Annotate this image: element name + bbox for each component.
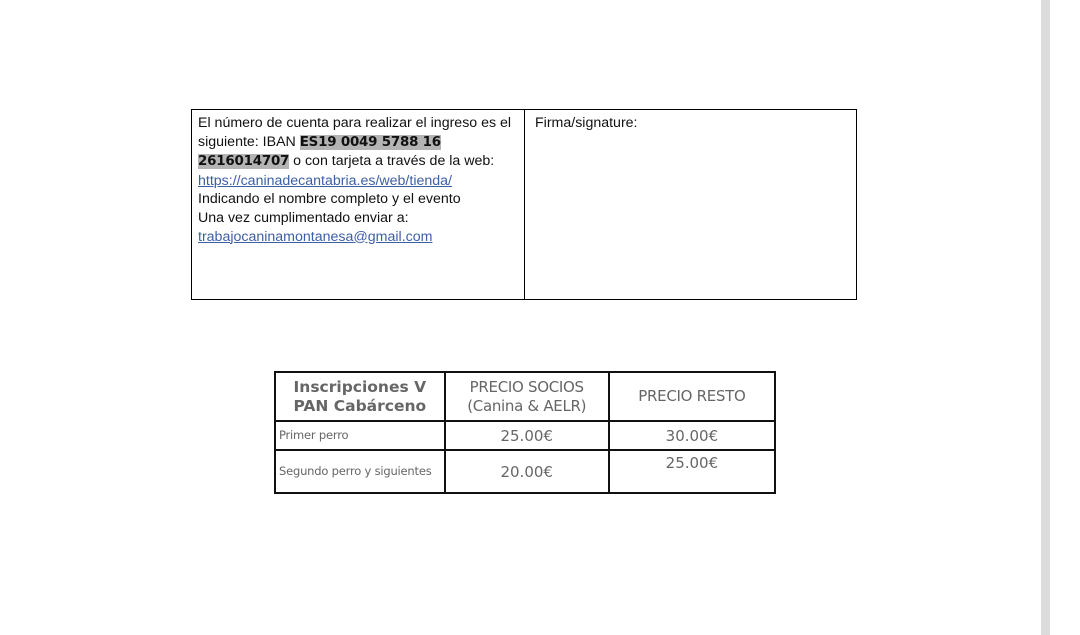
instructions-text-card: o con tarjeta a través de la web: xyxy=(289,153,494,169)
price-table: Inscripciones V PAN Cabárceno PRECIO SOC… xyxy=(274,371,776,494)
header-precio-socios: PRECIO SOCIOS (Canina & AELR) xyxy=(445,372,609,421)
scrollbar[interactable] xyxy=(1041,0,1050,635)
price-resto: 25.00€ xyxy=(609,450,775,493)
signature-cell: Firma/signature: xyxy=(525,110,856,299)
row-label: Primer perro xyxy=(275,421,445,450)
instructions-name-event: Indicando el nombre completo y el evento xyxy=(198,191,461,207)
signature-label: Firma/signature: xyxy=(535,115,638,131)
shop-link[interactable]: https://caninadecantabria.es/web/tienda/ xyxy=(198,173,452,189)
instructions-send-to: Una vez cumplimentado enviar a: xyxy=(198,210,409,226)
price-table-header: Inscripciones V PAN Cabárceno PRECIO SOC… xyxy=(275,372,775,421)
price-socios: 20.00€ xyxy=(445,450,609,493)
table-row: Segundo perro y siguientes 20.00€ 25.00€ xyxy=(275,450,775,493)
header-inscripciones: Inscripciones V PAN Cabárceno xyxy=(275,372,445,421)
price-socios: 25.00€ xyxy=(445,421,609,450)
email-link[interactable]: trabajocaninamontanesa@gmail.com xyxy=(198,229,432,245)
table-row: Primer perro 25.00€ 30.00€ xyxy=(275,421,775,450)
payment-instructions-cell: El número de cuenta para realizar el ing… xyxy=(192,110,525,299)
price-resto: 30.00€ xyxy=(609,421,775,450)
header-precio-resto: PRECIO RESTO xyxy=(609,372,775,421)
payment-info-table: El número de cuenta para realizar el ing… xyxy=(191,109,857,300)
row-label: Segundo perro y siguientes xyxy=(275,450,445,493)
